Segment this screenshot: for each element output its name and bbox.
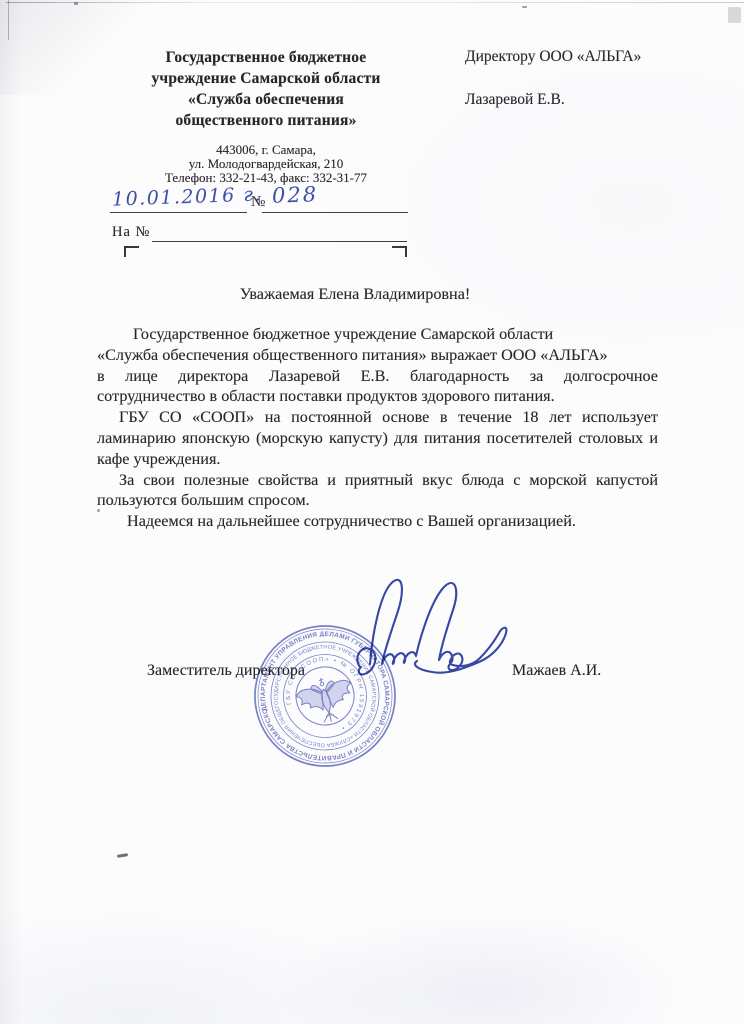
address-line: 443006, г. Самара, xyxy=(105,143,427,157)
salutation: Уважаемая Елена Владимировна! xyxy=(60,285,650,304)
scan-speck xyxy=(74,2,78,5)
date-underline xyxy=(110,212,247,213)
handwritten-signature xyxy=(348,572,523,707)
address-line: ул. Молодогвардейская, 210 xyxy=(105,157,427,171)
number-underline xyxy=(262,212,408,213)
scan-left-edge xyxy=(8,0,9,40)
scanned-letter-page: Государственное бюджетноеучреждение Сама… xyxy=(0,0,744,1024)
org-name-line: общественного питания» xyxy=(105,110,427,131)
handwritten-number: 028 xyxy=(272,182,319,208)
body-line: в лице директора Лазаревой Е.В. благодар… xyxy=(97,366,658,387)
address-zone-corner-left xyxy=(124,246,139,257)
signer-name: Мажаев А.И. xyxy=(512,662,601,680)
recipient-title: Директору ООО «АЛЬГА» xyxy=(465,48,641,65)
scan-dash-mark xyxy=(117,853,128,858)
body-line: «Служба обеспечения общественного питани… xyxy=(97,345,658,366)
recipient-block: Директору ООО «АЛЬГА» Лазаревой Е.В. xyxy=(465,48,641,108)
reply-underline xyxy=(152,241,407,242)
address-line: Телефон: 332-21-43, факс: 332-31-77 xyxy=(105,171,427,185)
address-zone-corner-right xyxy=(392,246,407,257)
body-line: Государственное бюджетное учреждение Сам… xyxy=(97,324,658,345)
body-line: пользуются большим спросом. xyxy=(97,490,658,511)
letterhead-org-name: Государственное бюджетноеучреждение Сама… xyxy=(105,47,427,131)
body-line: Надеемся на дальнейшее сотрудничество с … xyxy=(97,511,658,532)
scan-smudge xyxy=(728,7,741,23)
reply-to-label: На № xyxy=(112,224,150,241)
scan-top-edge xyxy=(6,2,744,3)
body-line: сотрудничество в области поставки продук… xyxy=(97,386,658,407)
org-name-line: учреждение Самарской области xyxy=(105,68,427,89)
body-line: кафе учреждения. xyxy=(97,449,658,470)
org-name-line: Государственное бюджетное xyxy=(105,47,427,68)
handwritten-date: 10.01.2016 г. xyxy=(112,183,263,210)
body-line: За свои полезные свойства и приятный вку… xyxy=(97,470,658,491)
recipient-name: Лазаревой Е.В. xyxy=(465,91,641,108)
org-name-line: «Служба обеспечения xyxy=(105,89,427,110)
body-line: ламинарию японскую (морскую капусту) для… xyxy=(97,428,658,449)
scan-speck xyxy=(522,6,527,8)
body-line: ГБУ СО «СООП» на постоянной основе в теч… xyxy=(97,407,658,428)
number-sign-label: № xyxy=(251,194,265,211)
letter-body: Государственное бюджетное учреждение Сам… xyxy=(97,324,658,532)
letterhead-address: 443006, г. Самара,ул. Молодогвардейская,… xyxy=(105,143,427,185)
